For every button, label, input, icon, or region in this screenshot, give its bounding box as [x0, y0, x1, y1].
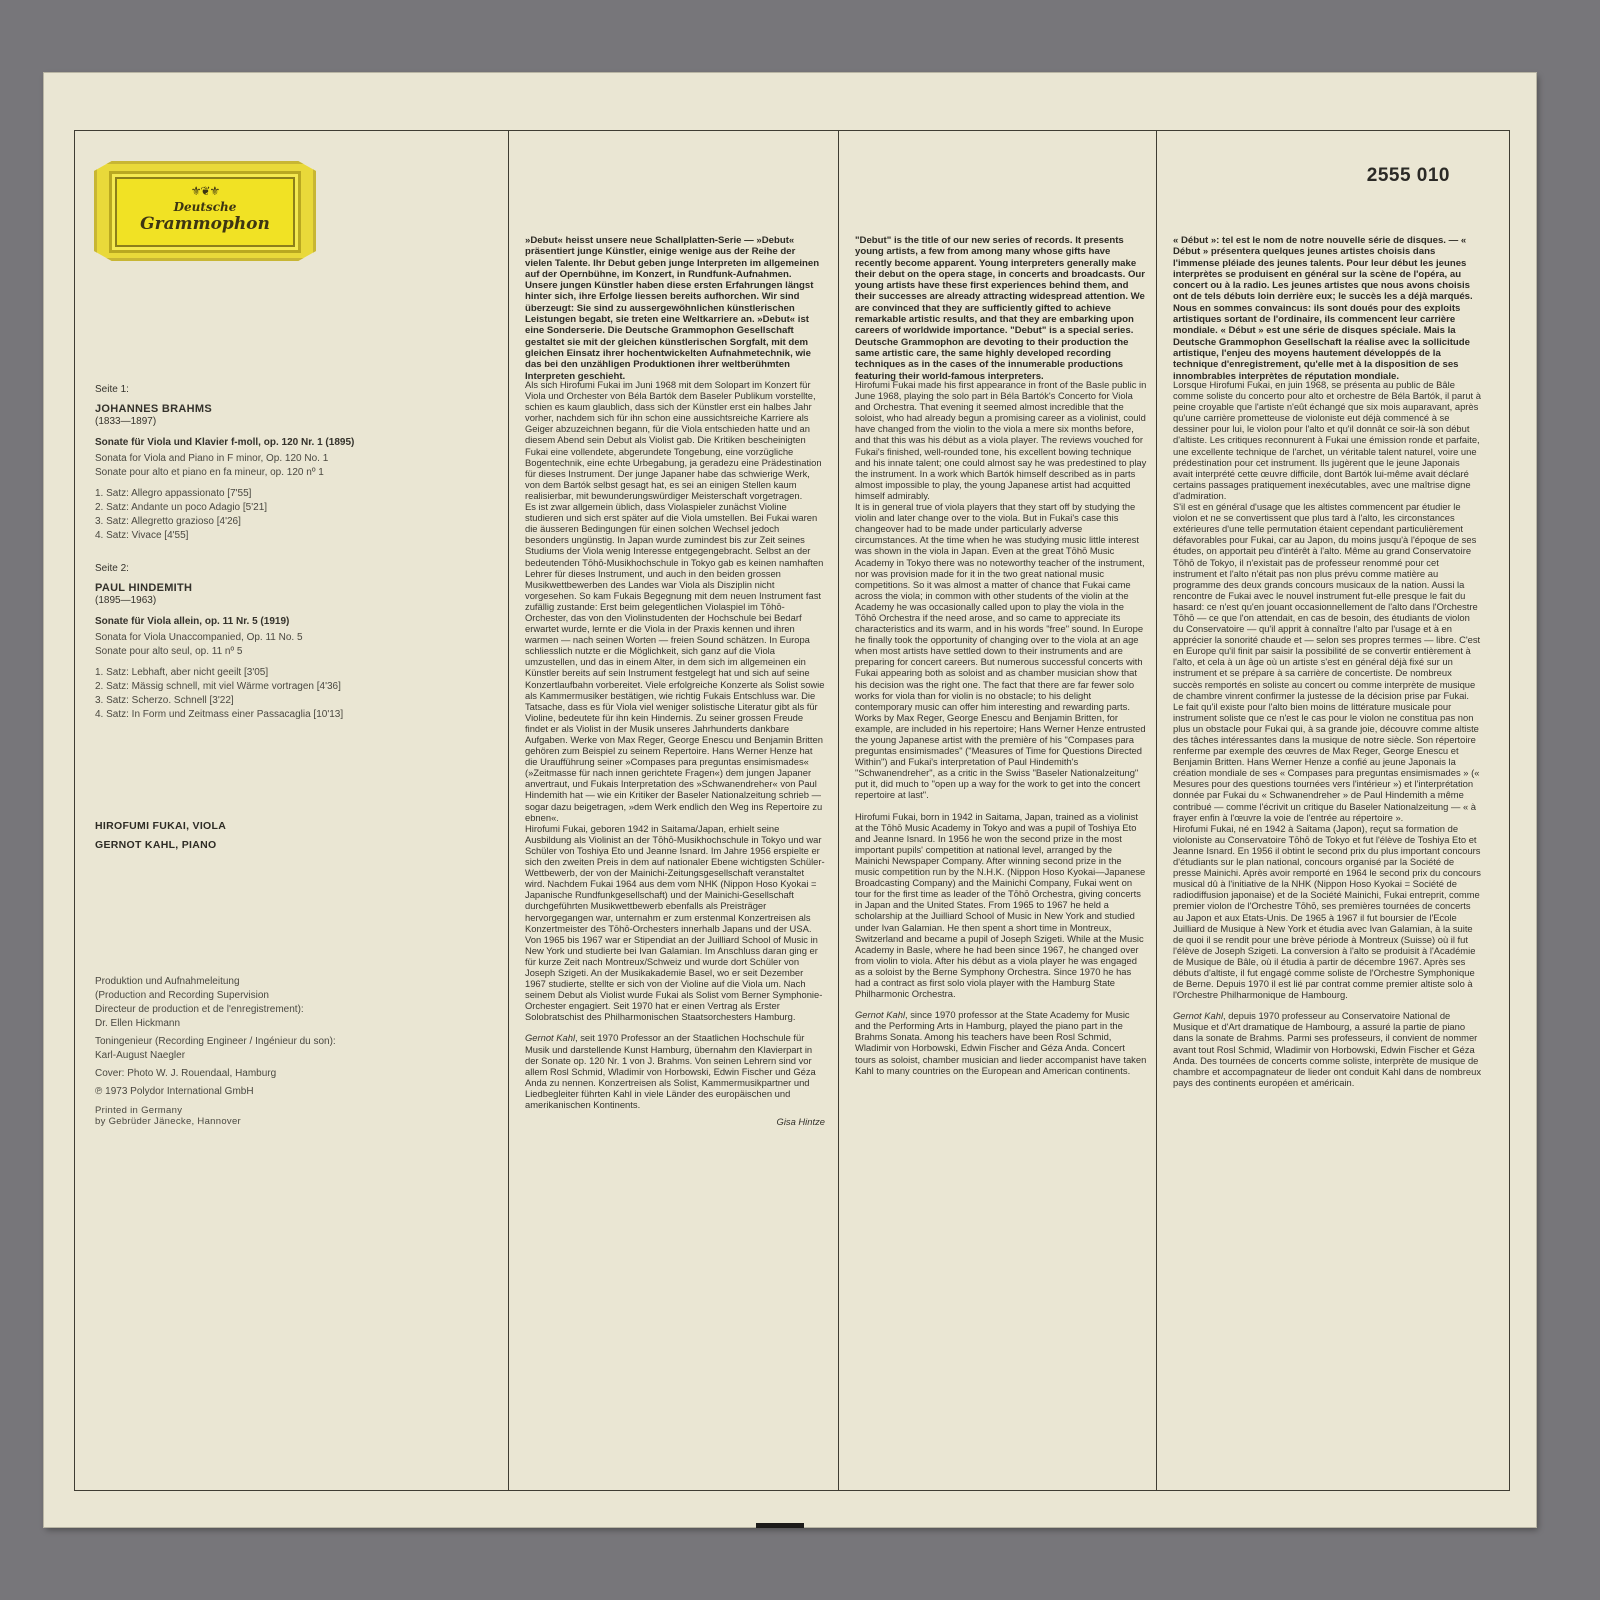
- liner-notes-en: Hirofumi Fukai made his first appearance…: [855, 379, 1147, 1076]
- composer-name: PAUL HINDEMITH: [95, 582, 495, 594]
- liner-notes-fr: Lorsque Hirofumi Fukai, en juin 1968, se…: [1173, 379, 1481, 1088]
- side-2: Seite 2: PAUL HINDEMITH (1895—1963) Sona…: [95, 563, 495, 722]
- track-listing: Seite 1: JOHANNES BRAHMS (1833—1897) Son…: [95, 384, 495, 722]
- movement-list: 1. Satz: Allegro appassionato [7'55] 2. …: [95, 487, 495, 543]
- work-title-en: Sonata for Viola and Piano in F minor, O…: [95, 452, 495, 466]
- tulip-crown-icon: ⚜❦⚜: [112, 184, 298, 198]
- paragraph: Hirofumi Fukai made his first appearance…: [855, 379, 1147, 501]
- paragraph: Als sich Hirofumi Fukai im Juni 1968 mit…: [525, 379, 825, 501]
- performers: HIROFUMI FUKAI, VIOLA GERNOT KAHL, PIANO: [95, 817, 226, 855]
- logo-label: ⚜❦⚜ Deutsche Grammophon: [109, 171, 301, 253]
- production-label-fr: Directeur de production et de l'enregist…: [95, 1004, 304, 1015]
- paragraph-kahl: Gernot Kahl, depuis 1970 professeur au C…: [1173, 1010, 1481, 1088]
- paragraph: Hirofumi Fukai, born in 1942 in Saitama,…: [855, 811, 1147, 1000]
- kahl-name: Gernot Kahl: [525, 1032, 575, 1043]
- kahl-name: Gernot Kahl: [1173, 1010, 1223, 1021]
- movement-item: 3. Satz: Allegretto grazioso [4'26]: [95, 515, 495, 529]
- content-frame: ⚜❦⚜ Deutsche Grammophon Seite 1: JOHANNE…: [74, 130, 1510, 1491]
- movement-item: 2. Satz: Andante un poco Adagio [5'21]: [95, 501, 495, 515]
- series-intro-de: »Debut« heisst unsere neue Schallplatten…: [525, 235, 825, 382]
- sleeve-edge-mark: [756, 1523, 804, 1528]
- movement-list: 1. Satz: Lebhaft, aber nicht geeilt [3'0…: [95, 666, 495, 722]
- author-signature: Gisa Hintze: [525, 1116, 825, 1127]
- deutsche-grammophon-logo: ⚜❦⚜ Deutsche Grammophon: [89, 161, 315, 255]
- engineer-name: Karl-August Naegler: [95, 1050, 185, 1061]
- production-name: Dr. Ellen Hickmann: [95, 1018, 180, 1029]
- german-notes-column: »Debut« heisst unsere neue Schallplatten…: [509, 131, 839, 1490]
- movement-item: 4. Satz: In Form und Zeitmass einer Pass…: [95, 708, 495, 722]
- engineer-label: Toningenieur (Recording Engineer / Ingén…: [95, 1036, 336, 1047]
- kahl-bio: , seit 1970 Professor an der Staatlichen…: [525, 1032, 816, 1110]
- composer-dates: (1895—1963): [95, 595, 495, 606]
- series-intro-en: "Debut" is the title of our new series o…: [855, 235, 1147, 382]
- english-notes-column: "Debut" is the title of our new series o…: [839, 131, 1157, 1490]
- series-intro-fr: « Début »: tel est le nom de notre nouve…: [1173, 235, 1481, 382]
- composer-dates: (1833—1897): [95, 416, 495, 427]
- tracklist-column: ⚜❦⚜ Deutsche Grammophon Seite 1: JOHANNE…: [75, 131, 509, 1490]
- paragraph: Hirofumi Fukai, né en 1942 à Saitama (Ja…: [1173, 823, 1481, 1001]
- record-sleeve-back: 2555 010 ⚜❦⚜ Deutsche Grammophon Seite 1…: [44, 73, 1536, 1527]
- logo-word-deutsche: Deutsche: [112, 200, 298, 214]
- movement-item: 2. Satz: Mässig schnell, mit viel Wärme …: [95, 680, 495, 694]
- production-credit: Produktion und Aufnahmeleitung (Producti…: [95, 975, 336, 1031]
- movement-item: 3. Satz: Scherzo. Schnell [3'22]: [95, 694, 495, 708]
- production-label-en: (Production and Recording Supervision: [95, 990, 269, 1001]
- paragraph: It is in general true of viola players t…: [855, 501, 1147, 801]
- logo-word-grammophon: Grammophon: [112, 214, 298, 234]
- composer-name: JOHANNES BRAHMS: [95, 403, 495, 415]
- kahl-bio: , depuis 1970 professeur au Conservatoir…: [1173, 1010, 1481, 1088]
- paragraph: Es ist zwar allgemein üblich, dass Viola…: [525, 501, 825, 823]
- printed-in: Printed in Germany: [95, 1105, 182, 1116]
- paragraph: Lorsque Hirofumi Fukai, en juin 1968, se…: [1173, 379, 1481, 501]
- side-label: Seite 1:: [95, 384, 495, 395]
- paragraph: S'il est en général d'usage que les alti…: [1173, 501, 1481, 823]
- french-notes-column: « Début »: tel est le nom de notre nouve…: [1157, 131, 1509, 1490]
- printer-credit: Printed in Germany by Gebrüder Jänecke, …: [95, 1105, 336, 1127]
- paragraph-kahl: Gernot Kahl, since 1970 professor at the…: [855, 1009, 1147, 1076]
- movement-item: 4. Satz: Vivace [4'55]: [95, 529, 495, 543]
- performer-violist: HIROFUMI FUKAI, VIOLA: [95, 817, 226, 836]
- work-title-fr: Sonate pour alto seul, op. 11 nº 5: [95, 645, 495, 659]
- side-label: Seite 2:: [95, 563, 495, 574]
- liner-notes-de: Als sich Hirofumi Fukai im Juni 1968 mit…: [525, 379, 825, 1127]
- work-title-de: Sonate für Viola allein, op. 11 Nr. 5 (1…: [95, 616, 495, 627]
- work-title-fr: Sonate pour alto et piano en fa mineur, …: [95, 466, 495, 480]
- paragraph-kahl: Gernot Kahl, seit 1970 Professor an der …: [525, 1032, 825, 1110]
- work-title-de: Sonate für Viola und Klavier f-moll, op.…: [95, 437, 495, 448]
- production-label-de: Produktion und Aufnahmeleitung: [95, 976, 240, 987]
- printed-by: by Gebrüder Jänecke, Hannover: [95, 1116, 241, 1127]
- production-credits: Produktion und Aufnahmeleitung (Producti…: [95, 975, 336, 1131]
- movement-item: 1. Satz: Lebhaft, aber nicht geeilt [3'0…: [95, 666, 495, 680]
- paragraph: Hirofumi Fukai, geboren 1942 in Saitama/…: [525, 823, 825, 1023]
- work-title-en: Sonata for Viola Unaccompanied, Op. 11 N…: [95, 631, 495, 645]
- engineer-credit: Toningenieur (Recording Engineer / Ingén…: [95, 1035, 336, 1063]
- movement-item: 1. Satz: Allegro appassionato [7'55]: [95, 487, 495, 501]
- side-1: Seite 1: JOHANNES BRAHMS (1833—1897) Son…: [95, 384, 495, 543]
- cover-credit: Cover: Photo W. J. Rouendaal, Hamburg: [95, 1067, 336, 1081]
- copyright-notice: ℗ 1973 Polydor International GmbH: [95, 1085, 336, 1099]
- performer-pianist: GERNOT KAHL, PIANO: [95, 836, 226, 855]
- kahl-name: Gernot Kahl: [855, 1009, 905, 1020]
